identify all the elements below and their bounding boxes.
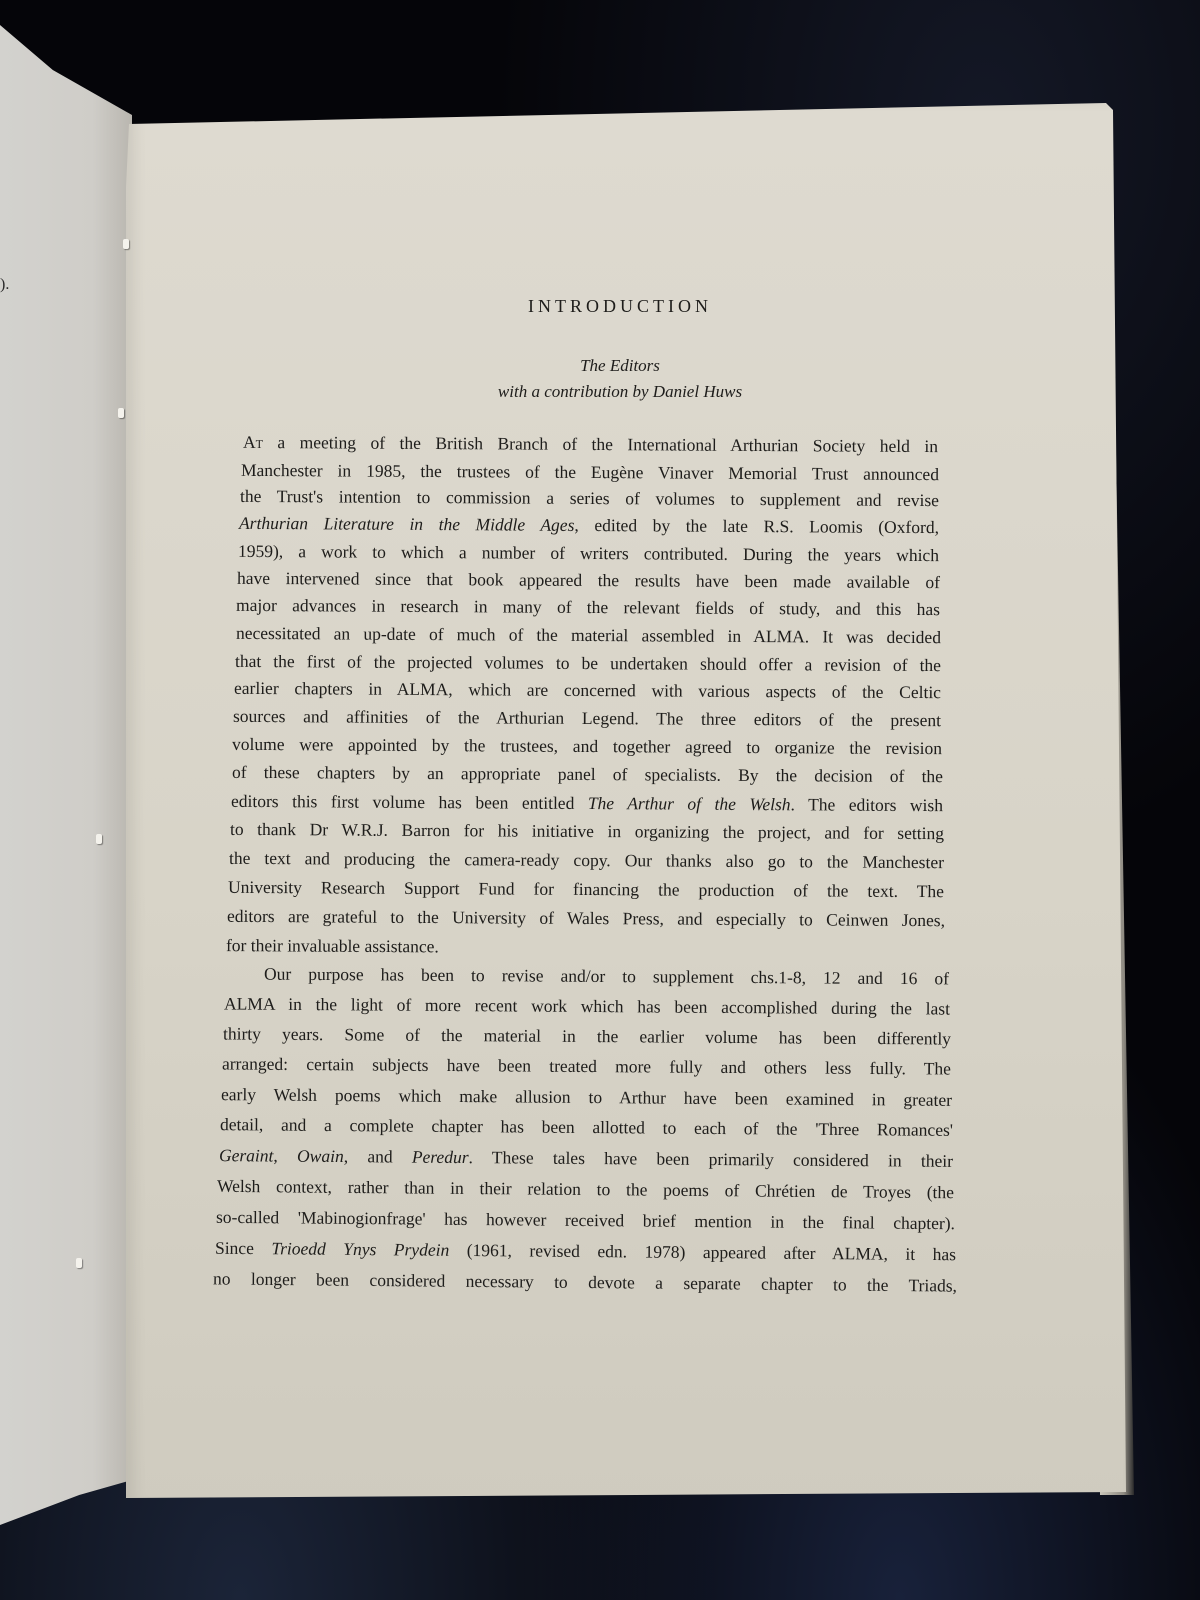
italic-title: Arthurian Literature in the Middle Ages (239, 513, 575, 535)
contribution-byline: with a contribution by Daniel Huws (0, 382, 1200, 402)
text-line: the Trust's intention to commission a se… (240, 486, 939, 510)
text-line: At a meeting of the British Branch of th… (243, 432, 938, 456)
italic-title: Trioedd Ynys Prydein (271, 1238, 449, 1260)
text-line: editors are grateful to the University o… (227, 906, 945, 930)
text-line: have intervened since that book appeared… (237, 568, 940, 592)
text-line: to thank Dr W.R.J. Barron for his initia… (230, 819, 944, 843)
text-line: ALMA in the light of more recent work wh… (224, 993, 950, 1018)
italic-title: Owain (297, 1146, 344, 1166)
text-line: 1959), a work to which a number of write… (238, 541, 939, 565)
text-line: earlier chapters in ALMA, which are conc… (234, 678, 941, 702)
text-line: University Research Support Fund for fin… (228, 877, 944, 901)
text-line: for their invaluable assistance. (226, 935, 526, 957)
text-line: of these chapters by an appropriate pane… (232, 762, 943, 786)
italic-title: The Arthur of the Welsh (588, 793, 791, 814)
text-line: Welsh context, rather than in their rela… (217, 1176, 954, 1202)
text-line: thirty years. Some of the material in th… (223, 1023, 951, 1048)
page-content: INTRODUCTION The Editors with a contribu… (0, 0, 1200, 1600)
chapter-title: INTRODUCTION (0, 296, 1200, 317)
text-line: major advances in research in many of th… (236, 595, 940, 619)
text-line: Our purpose has been to revise and/or to… (264, 964, 949, 989)
text-line: detail, and a complete chapter has been … (220, 1114, 953, 1140)
text-line: no longer been considered necessary to d… (213, 1268, 957, 1295)
text-line: editors this first volume has been entit… (231, 791, 943, 815)
text-line: early Welsh poems which make allusion to… (221, 1084, 952, 1110)
text-line: sources and affinities of the Arthurian … (233, 706, 941, 730)
text-line: arranged: certain subjects have been tre… (222, 1053, 951, 1078)
text-line: Manchester in 1985, the trustees of the … (241, 460, 939, 484)
text-line: necessitated an up-date of much of the m… (236, 623, 941, 647)
text-line: Arthurian Literature in the Middle Ages,… (239, 513, 939, 537)
text-line: the text and producing the camera-ready … (229, 848, 944, 872)
author-byline: The Editors (0, 356, 1200, 376)
text-line: Geraint, Owain, and Peredur. These tales… (219, 1145, 953, 1171)
text-line: that the first of the projected volumes … (235, 651, 941, 675)
text-line: so-called 'Mabinogionfrage' has however … (216, 1207, 955, 1233)
italic-title: Peredur (412, 1147, 469, 1167)
text-line: volume were appointed by the trustees, a… (232, 734, 942, 758)
italic-title: Geraint (219, 1145, 274, 1165)
text-line: Since Trioedd Ynys Prydein (1961, revise… (215, 1238, 956, 1264)
